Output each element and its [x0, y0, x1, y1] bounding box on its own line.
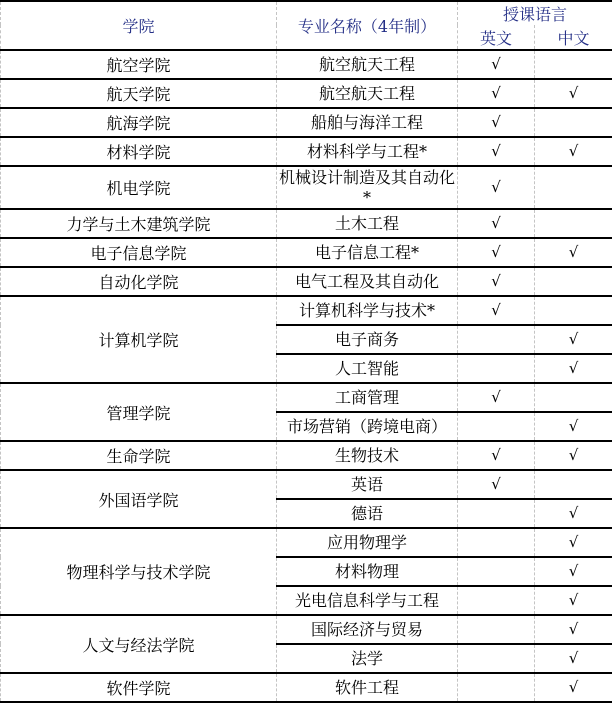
chinese-check-cell: √: [535, 79, 612, 108]
english-check-cell: √: [458, 50, 535, 79]
college-cell: 自动化学院: [1, 267, 277, 296]
chinese-check-cell: √: [535, 412, 612, 441]
college-cell: 航天学院: [1, 79, 277, 108]
english-check-cell: [458, 644, 535, 673]
table-row: 机电学院机械设计制造及其自动化 *√: [1, 166, 612, 209]
table-row: 管理学院工商管理√: [1, 383, 612, 412]
college-cell: 计算机学院: [1, 296, 277, 383]
english-check-cell: [458, 557, 535, 586]
english-check-cell: √: [458, 296, 535, 325]
english-check-cell: [458, 586, 535, 615]
chinese-check-cell: √: [535, 615, 612, 644]
major-cell: 船舶与海洋工程: [277, 108, 458, 137]
chinese-check-cell: √: [535, 354, 612, 383]
major-cell: 机械设计制造及其自动化 *: [277, 166, 458, 209]
table-row: 材料学院材料科学与工程*√√: [1, 137, 612, 166]
english-check-cell: [458, 615, 535, 644]
english-column-header: 英文: [458, 25, 535, 50]
chinese-check-cell: [535, 470, 612, 499]
college-cell: 材料学院: [1, 137, 277, 166]
college-cell: 生命学院: [1, 441, 277, 470]
language-group-header: 授课语言: [458, 1, 612, 25]
college-cell: 航空学院: [1, 50, 277, 79]
table-row: 航空学院航空航天工程√: [1, 50, 612, 79]
major-cell: 电子信息工程*: [277, 238, 458, 267]
english-check-cell: √: [458, 209, 535, 238]
chinese-check-cell: [535, 166, 612, 209]
table-row: 软件学院软件工程√: [1, 673, 612, 702]
english-check-cell: √: [458, 238, 535, 267]
chinese-column-header: 中文: [535, 25, 612, 50]
major-cell: 航空航天工程: [277, 50, 458, 79]
major-cell: 软件工程: [277, 673, 458, 702]
major-column-header: 专业名称（4年制）: [277, 1, 458, 50]
course-language-table: 学院 专业名称（4年制） 授课语言 英文 中文 航空学院航空航天工程√航天学院航…: [0, 0, 612, 703]
english-check-cell: [458, 528, 535, 557]
table-row: 生命学院生物技术√√: [1, 441, 612, 470]
chinese-check-cell: √: [535, 238, 612, 267]
table-row: 物理科学与技术学院应用物理学√: [1, 528, 612, 557]
chinese-check-cell: [535, 296, 612, 325]
college-cell: 机电学院: [1, 166, 277, 209]
major-cell: 电气工程及其自动化: [277, 267, 458, 296]
header-row-top: 学院 专业名称（4年制） 授课语言: [1, 1, 612, 25]
table-header: 学院 专业名称（4年制） 授课语言 英文 中文: [1, 1, 612, 50]
english-check-cell: √: [458, 267, 535, 296]
english-check-cell: [458, 354, 535, 383]
chinese-check-cell: √: [535, 137, 612, 166]
major-cell: 市场营销（跨境电商）: [277, 412, 458, 441]
chinese-check-cell: √: [535, 499, 612, 528]
major-cell: 材料科学与工程*: [277, 137, 458, 166]
chinese-check-cell: [535, 108, 612, 137]
table-body: 航空学院航空航天工程√航天学院航空航天工程√√航海学院船舶与海洋工程√材料学院材…: [1, 50, 612, 702]
major-cell: 土木工程: [277, 209, 458, 238]
major-cell: 应用物理学: [277, 528, 458, 557]
table-row: 自动化学院电气工程及其自动化√: [1, 267, 612, 296]
table-row: 力学与土木建筑学院土木工程√: [1, 209, 612, 238]
english-check-cell: √: [458, 166, 535, 209]
english-check-cell: √: [458, 79, 535, 108]
major-cell: 生物技术: [277, 441, 458, 470]
english-check-cell: [458, 325, 535, 354]
chinese-check-cell: √: [535, 586, 612, 615]
english-check-cell: √: [458, 108, 535, 137]
chinese-check-cell: [535, 50, 612, 79]
english-check-cell: √: [458, 470, 535, 499]
major-cell: 光电信息科学与工程: [277, 586, 458, 615]
english-check-cell: [458, 412, 535, 441]
chinese-check-cell: √: [535, 673, 612, 702]
college-cell: 软件学院: [1, 673, 277, 702]
college-cell: 外国语学院: [1, 470, 277, 528]
chinese-check-cell: [535, 209, 612, 238]
major-cell: 工商管理: [277, 383, 458, 412]
table-row: 人文与经法学院国际经济与贸易√: [1, 615, 612, 644]
major-cell: 电子商务: [277, 325, 458, 354]
table-row: 电子信息学院电子信息工程*√√: [1, 238, 612, 267]
chinese-check-cell: [535, 383, 612, 412]
table-row: 航海学院船舶与海洋工程√: [1, 108, 612, 137]
college-column-header: 学院: [1, 1, 277, 50]
english-check-cell: √: [458, 137, 535, 166]
english-check-cell: [458, 499, 535, 528]
major-cell: 材料物理: [277, 557, 458, 586]
chinese-check-cell: √: [535, 325, 612, 354]
english-check-cell: [458, 673, 535, 702]
college-cell: 力学与土木建筑学院: [1, 209, 277, 238]
college-cell: 人文与经法学院: [1, 615, 277, 673]
english-check-cell: √: [458, 441, 535, 470]
college-cell: 物理科学与技术学院: [1, 528, 277, 615]
table-row: 计算机学院计算机科学与技术*√: [1, 296, 612, 325]
major-cell: 德语: [277, 499, 458, 528]
chinese-check-cell: √: [535, 557, 612, 586]
major-cell: 国际经济与贸易: [277, 615, 458, 644]
table-row: 航天学院航空航天工程√√: [1, 79, 612, 108]
major-cell: 航空航天工程: [277, 79, 458, 108]
table-row: 外国语学院英语√: [1, 470, 612, 499]
college-cell: 电子信息学院: [1, 238, 277, 267]
college-cell: 管理学院: [1, 383, 277, 441]
chinese-check-cell: √: [535, 441, 612, 470]
chinese-check-cell: √: [535, 528, 612, 557]
english-check-cell: √: [458, 383, 535, 412]
college-cell: 航海学院: [1, 108, 277, 137]
chinese-check-cell: [535, 267, 612, 296]
major-cell: 英语: [277, 470, 458, 499]
major-cell: 计算机科学与技术*: [277, 296, 458, 325]
major-cell: 人工智能: [277, 354, 458, 383]
chinese-check-cell: √: [535, 644, 612, 673]
major-cell: 法学: [277, 644, 458, 673]
